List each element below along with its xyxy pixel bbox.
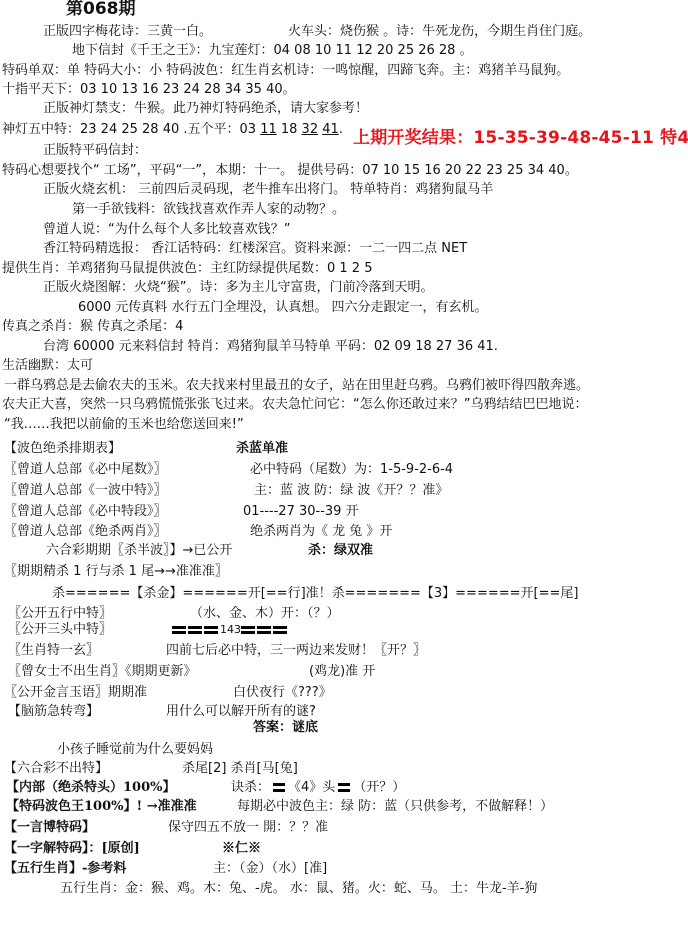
period: . bbox=[339, 122, 343, 137]
zodiac-mystery-value: 四前七后必中特，三一两边来发财！〖开？〗 bbox=[166, 642, 426, 659]
internal-kill-label: 【内部（绝杀特头）100%】 bbox=[6, 779, 176, 796]
fax-6000-line: 6000 元传真料 水行五门全埋没，认真想。 四六分走跟定一，有玄机。 bbox=[78, 299, 487, 316]
kill-two-value: 绝杀两肖为《 龙 兔 》开 bbox=[250, 523, 392, 540]
wave-king-label: 【特码波色王100%】! →准准准 bbox=[6, 798, 197, 815]
first-hand-line: 第一手欲钱料：欲钱找喜欢作弄人家的动物？。 bbox=[72, 201, 345, 218]
fire-mystery-line: 正版火烧玄机： 三前四后灵码现，老牛推车出将门。 特单特肖：鸡猪狗鼠马羊 bbox=[43, 181, 493, 198]
one-word-bet-label: 【一言博特码】 bbox=[4, 819, 95, 836]
one-char-label: 【一字解特码】：[原创] bbox=[4, 840, 140, 857]
internal-kill-head: 《4》头 bbox=[288, 780, 335, 795]
golden-words-label: 〖公开金言玉语〗期期准 bbox=[4, 684, 147, 701]
humor-story-3: “我……我把以前偷的玉米也给您送回来!” bbox=[4, 416, 244, 433]
humor-story-1: 一群乌鸦总是去偷农夫的玉米。农夫找来村里最丑的女子，站在田里赶乌鸦。乌鸦们被吓得… bbox=[4, 377, 589, 394]
half-wave-label: 六合彩期期〖杀半波〗】→已公开 bbox=[46, 542, 232, 559]
one-word-bet-value: 保守四五不放一 開：？？准 bbox=[168, 819, 328, 836]
taiwan-line: 台湾 60000 元来料信封 特肖：鸡猪狗鼠羊马特单 平码：02 09 18 2… bbox=[43, 338, 498, 355]
wave-kill-table-value: 杀蓝单准 bbox=[236, 440, 288, 457]
lamp-five-mid: 18 bbox=[277, 122, 302, 137]
precise-kill-line: 〖期期精杀 1 行与杀 1 尾→→准准准〗 bbox=[4, 563, 228, 580]
fire-diagram-line: 正版火烧图解：火烧“猴”。诗：多为主儿守富贵，门前冷落到天明。 bbox=[43, 279, 433, 296]
half-wave-value: 杀：绿双准 bbox=[308, 542, 373, 559]
fax-kill-line: 传真之杀肖：猴 传真之杀尾：4 bbox=[2, 318, 183, 335]
issue-title: 第068期 bbox=[66, 1, 136, 18]
double-bar-icon bbox=[273, 783, 285, 792]
must-tail-value: 必中特码（尾数）为：1-5-9-2-6-4 bbox=[250, 461, 453, 478]
five-zodiac-label: 【五行生肖】-参考料 bbox=[4, 860, 126, 877]
double-bar-icon bbox=[338, 783, 350, 792]
golden-words-value: 白伏夜行《???》 bbox=[233, 684, 332, 701]
no-special-label: 【六合彩不出特】 bbox=[4, 760, 108, 777]
underlined-number: 11 bbox=[260, 122, 277, 137]
three-heads-label: 〖公开三头中特〗 bbox=[8, 621, 112, 638]
ms-zeng-value: (鸡龙)准 开 bbox=[309, 663, 375, 680]
three-heads-value: 143 bbox=[172, 621, 289, 638]
factory-line: 特码心想要找个“ 工场”，平码“一”，本期：十一。 提供号码：07 10 15 … bbox=[2, 162, 578, 179]
answer-line: 答案：谜底 bbox=[253, 719, 318, 736]
three-heads-number: 143 bbox=[220, 623, 241, 636]
bar-glyphs-left-icon bbox=[172, 621, 220, 638]
special-envelope-line: 正版特平码信封： bbox=[43, 142, 147, 159]
zodiac-mystery-label: 〖生肖特一玄〗 bbox=[8, 642, 99, 659]
plum-poem-line: 正版四字梅花诗：三黄一白。 bbox=[43, 23, 212, 40]
humor-story-2: 农夫正大喜，突然一只乌鸦慌慌张张飞过来。农夫急忙问它：“怎么你还敢过来？”乌鸦结… bbox=[2, 396, 587, 413]
brain-teaser-label: 【脑筋急转弯】 bbox=[8, 703, 99, 720]
underlined-number: 41 bbox=[322, 122, 339, 137]
humor-title: 生活幽默：太可 bbox=[2, 357, 93, 374]
kill-gold-line: 杀======【杀金】======开[==行]准！杀=======【3】====… bbox=[52, 585, 578, 602]
no-special-value: 杀尾[2] 杀肖[马[兔] bbox=[182, 760, 298, 777]
one-wave-value: 主：蓝 波 防：绿 波《开？？准》 bbox=[254, 482, 448, 499]
brain-teaser-value: 用什么可以解开所有的谜? bbox=[166, 703, 316, 720]
lamp-five-prefix: 神灯五中特：23 24 25 28 40 .五个平：03 bbox=[2, 122, 260, 137]
underlined-number: 32 bbox=[302, 122, 319, 137]
result-banner: 上期开奖结果：15-35-39-48-45-11 特44 bbox=[353, 130, 688, 147]
must-segment-value: 01----27 30--39 开 bbox=[243, 503, 359, 520]
ten-fingers-line: 十指平天下：03 10 13 16 23 24 28 34 35 40。 bbox=[2, 81, 296, 98]
five-zodiac-value: 主：（金）（水）[准] bbox=[213, 860, 327, 877]
one-char-value: ※仁※ bbox=[222, 840, 261, 857]
internal-kill-prefix: 诀杀： bbox=[231, 780, 270, 795]
five-elements-label: 〖公开五行中特〗 bbox=[8, 605, 112, 622]
lamp-ban-line: 正版神灯禁支：牛猴。此乃神灯特码绝杀，请大家参考！ bbox=[43, 100, 368, 117]
must-segment-label: 〖曾道人总部《必中特段》〗 bbox=[4, 503, 167, 520]
internal-kill-value: 诀杀：《4》头（开？） bbox=[231, 779, 405, 796]
ms-zeng-label: 〖曾女士不出生肖〗《期期更新》 bbox=[8, 663, 197, 680]
odd-even-line: 特码单双：单 特码大小：小 特码波色：红生肖玄机诗：一鸣惊醒，四蹄飞奔。主：鸡猪… bbox=[2, 62, 569, 79]
five-zodiac-list: 五行生肖：金：猴、鸡。木：兔、-虎。 水：鼠、猪。火：蛇、马。 土：牛龙-羊-狗 bbox=[60, 880, 537, 897]
xiangjiang-line: 香江特码精选报： 香江话特码：红楼深宫。资料来源：一二一四二点 NET bbox=[43, 240, 467, 257]
zeng-says-line: 曾道人说：“为什么每个人多比较喜欢钱？” bbox=[43, 221, 290, 238]
one-wave-label: 〖曾道人总部《一波中特》〗 bbox=[4, 482, 167, 499]
train-head-line: 火车头：烧伤猴 。诗：牛死龙伤，今期生肖住门庭。 bbox=[288, 23, 591, 40]
wave-kill-table-label: 【波色绝杀排期表】 bbox=[4, 440, 121, 457]
envelope-line: 地下信封《千王之王》：九宝莲灯：04 08 10 11 12 20 25 26 … bbox=[72, 42, 473, 59]
kill-two-label: 〖曾道人总部《绝杀两肖》〗 bbox=[4, 523, 167, 540]
internal-kill-suffix: （开？） bbox=[353, 780, 405, 795]
must-tail-label: 〖曾道人总部《必中尾数》〗 bbox=[4, 461, 167, 478]
provide-zodiac-line: 提供生肖：羊鸡猪狗马鼠提供波色：主红防绿提供尾数：0 1 2 5 bbox=[2, 260, 372, 277]
bar-glyphs-right-icon bbox=[241, 621, 289, 638]
wave-king-value: 每期必中波色主：绿 防：蓝（只供参考，不做解释！） bbox=[237, 798, 553, 815]
child-question-line: 小孩子睡觉前为什么要妈妈 bbox=[57, 741, 213, 758]
lamp-five-line: 神灯五中特：23 24 25 28 40 .五个平：03 11 18 32 41… bbox=[2, 121, 343, 138]
five-elements-value: （水、金、木）开：（？） bbox=[190, 605, 340, 622]
